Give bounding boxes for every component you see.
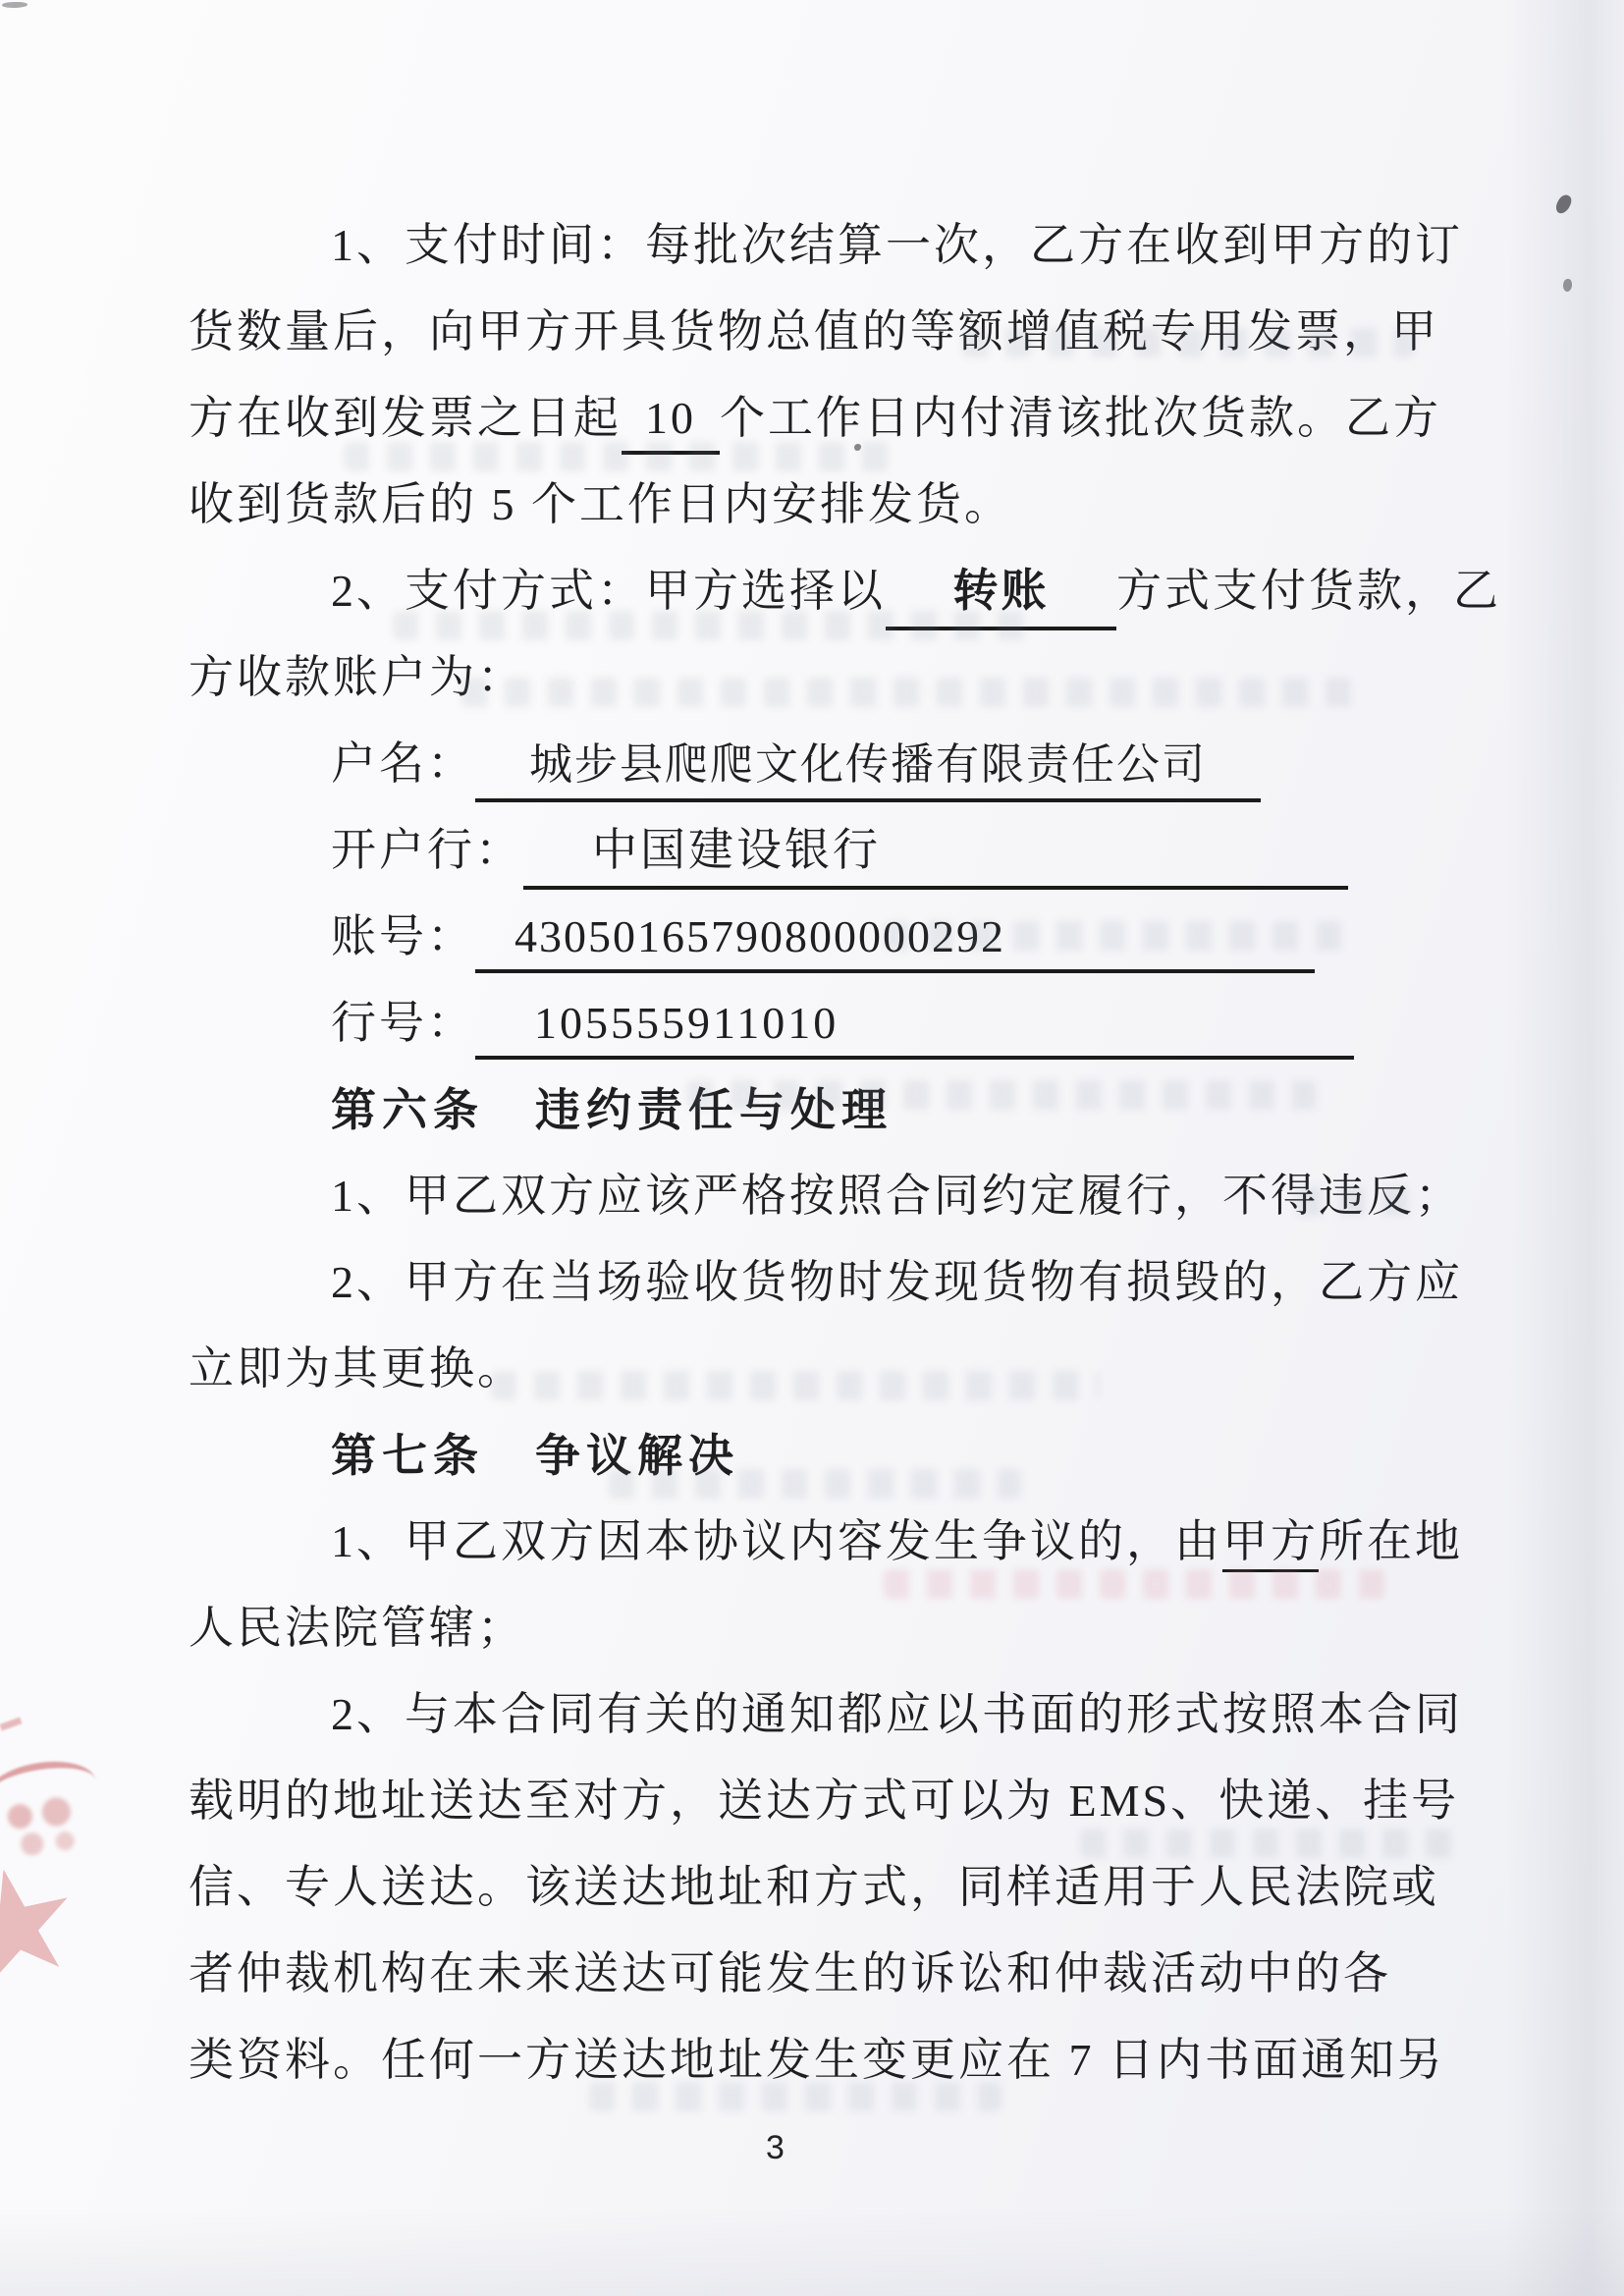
line-text: 所在地 [1319,1516,1463,1566]
field-label-account-name: 户名： [331,738,475,789]
field-label-account-number: 账号： [331,911,475,961]
ink-speck [2,2,27,8]
scan-edge-shadow-right [1506,0,1624,2296]
bleedthrough-smudge [491,1371,1100,1400]
stamp-character-smear [0,1787,81,1864]
line-text: 立即为其更换。 [189,1343,525,1394]
bleedthrough-smudge [393,611,1031,640]
stamp-fragment-dash [0,1717,23,1730]
line-text: 信、专人送达。该送达地址和方式，同样适用于人民法院或 [189,1862,1439,1912]
contract-line: 户名：城步县爬爬文化传播有限责任公司 [189,721,1406,807]
filled-blank-bank-code: 105555911010 [475,997,1354,1060]
red-star-stamp-icon [0,1857,85,1996]
bleedthrough-smudge [884,921,1345,951]
scanned-contract-page: 1、支付时间：每批次结算一次，乙方在收到甲方的订 货数量后，向甲方开具货物总值的… [0,0,1624,2296]
filled-blank-bank-name: 中国建设银行 [523,814,1348,890]
bleedthrough-smudge [1296,1186,1424,1216]
bleedthrough-smudge [687,1080,1316,1110]
line-text: 2、甲方在当场验收货物时发现货物有损毁的，乙方应 [331,1257,1463,1307]
line-text: 方在收到发票之日起 [189,393,622,443]
scan-edge-shadow-bottom [0,2208,1624,2296]
line-text: 者仲裁机构在未来送达可能发生的诉讼和仲裁活动中的各 [189,1948,1391,1998]
line-text: 方式支付货款，乙 [1116,566,1501,616]
line-text: 人民法院管辖； [189,1603,525,1653]
line-text: 2、支付方式：甲方选择以 [331,566,886,616]
bleedthrough-smudge [1080,1829,1453,1858]
bleedthrough-smudge [884,1569,1394,1599]
page-number: 3 [766,2129,785,2167]
contract-body: 1、支付时间：每批次结算一次，乙方在收到甲方的订 货数量后，向甲方开具货物总值的… [189,202,1406,2104]
line-text: 收到货款后的 5 个工作日内安排发货。 [189,479,1012,529]
line-text: 1、甲乙双方因本协议内容发生争议的，由 [331,1516,1222,1566]
bleedthrough-smudge [962,328,1414,357]
line-text: 类资料。任何一方送达地址发生变更应在 7 日内书面通知另 [189,2035,1445,2085]
underlined-term-jiafang: 甲方 [1222,1516,1319,1572]
contract-line: 行号：105555911010 [189,980,1406,1066]
bleedthrough-smudge [461,678,1365,707]
contract-line: 2、甲方在当场验收货物时发现货物有损毁的，乙方应 [189,1239,1406,1326]
line-text: 载明的地址送达至对方，送达方式可以为 EMS、快递、挂号 [189,1776,1459,1826]
filled-blank-account-name: 城步县爬爬文化传播有限责任公司 [475,729,1261,802]
contract-line: 者仲裁机构在未来送达可能发生的诉讼和仲裁活动中的各 [189,1931,1406,2017]
contract-line: 收到货款后的 5 个工作日内安排发货。 [189,462,1406,548]
contract-line: 1、支付时间：每批次结算一次，乙方在收到甲方的订 [189,202,1406,289]
bleedthrough-smudge [589,2082,1001,2111]
line-text: 1、支付时间：每批次结算一次，乙方在收到甲方的订 [331,220,1463,270]
line-text: 2、与本合同有关的通知都应以书面的形式按照本合同 [331,1689,1463,1739]
bleedthrough-smudge [609,1469,1021,1499]
contract-line: 1、甲乙双方应该严格按照合同约定履行，不得违反； [189,1153,1406,1239]
line-text: 个工作日内付清该批次货款。乙方 [720,393,1441,443]
contract-line: 开户行：中国建设银行 [189,807,1406,894]
contract-line: 2、与本合同有关的通知都应以书面的形式按照本合同 [189,1671,1406,1758]
field-label-bank-code: 行号： [331,998,475,1048]
field-label-bank-name: 开户行： [331,825,523,875]
line-text: 1、甲乙双方应该严格按照合同约定履行，不得违反； [331,1171,1463,1221]
bleedthrough-smudge [344,442,893,471]
